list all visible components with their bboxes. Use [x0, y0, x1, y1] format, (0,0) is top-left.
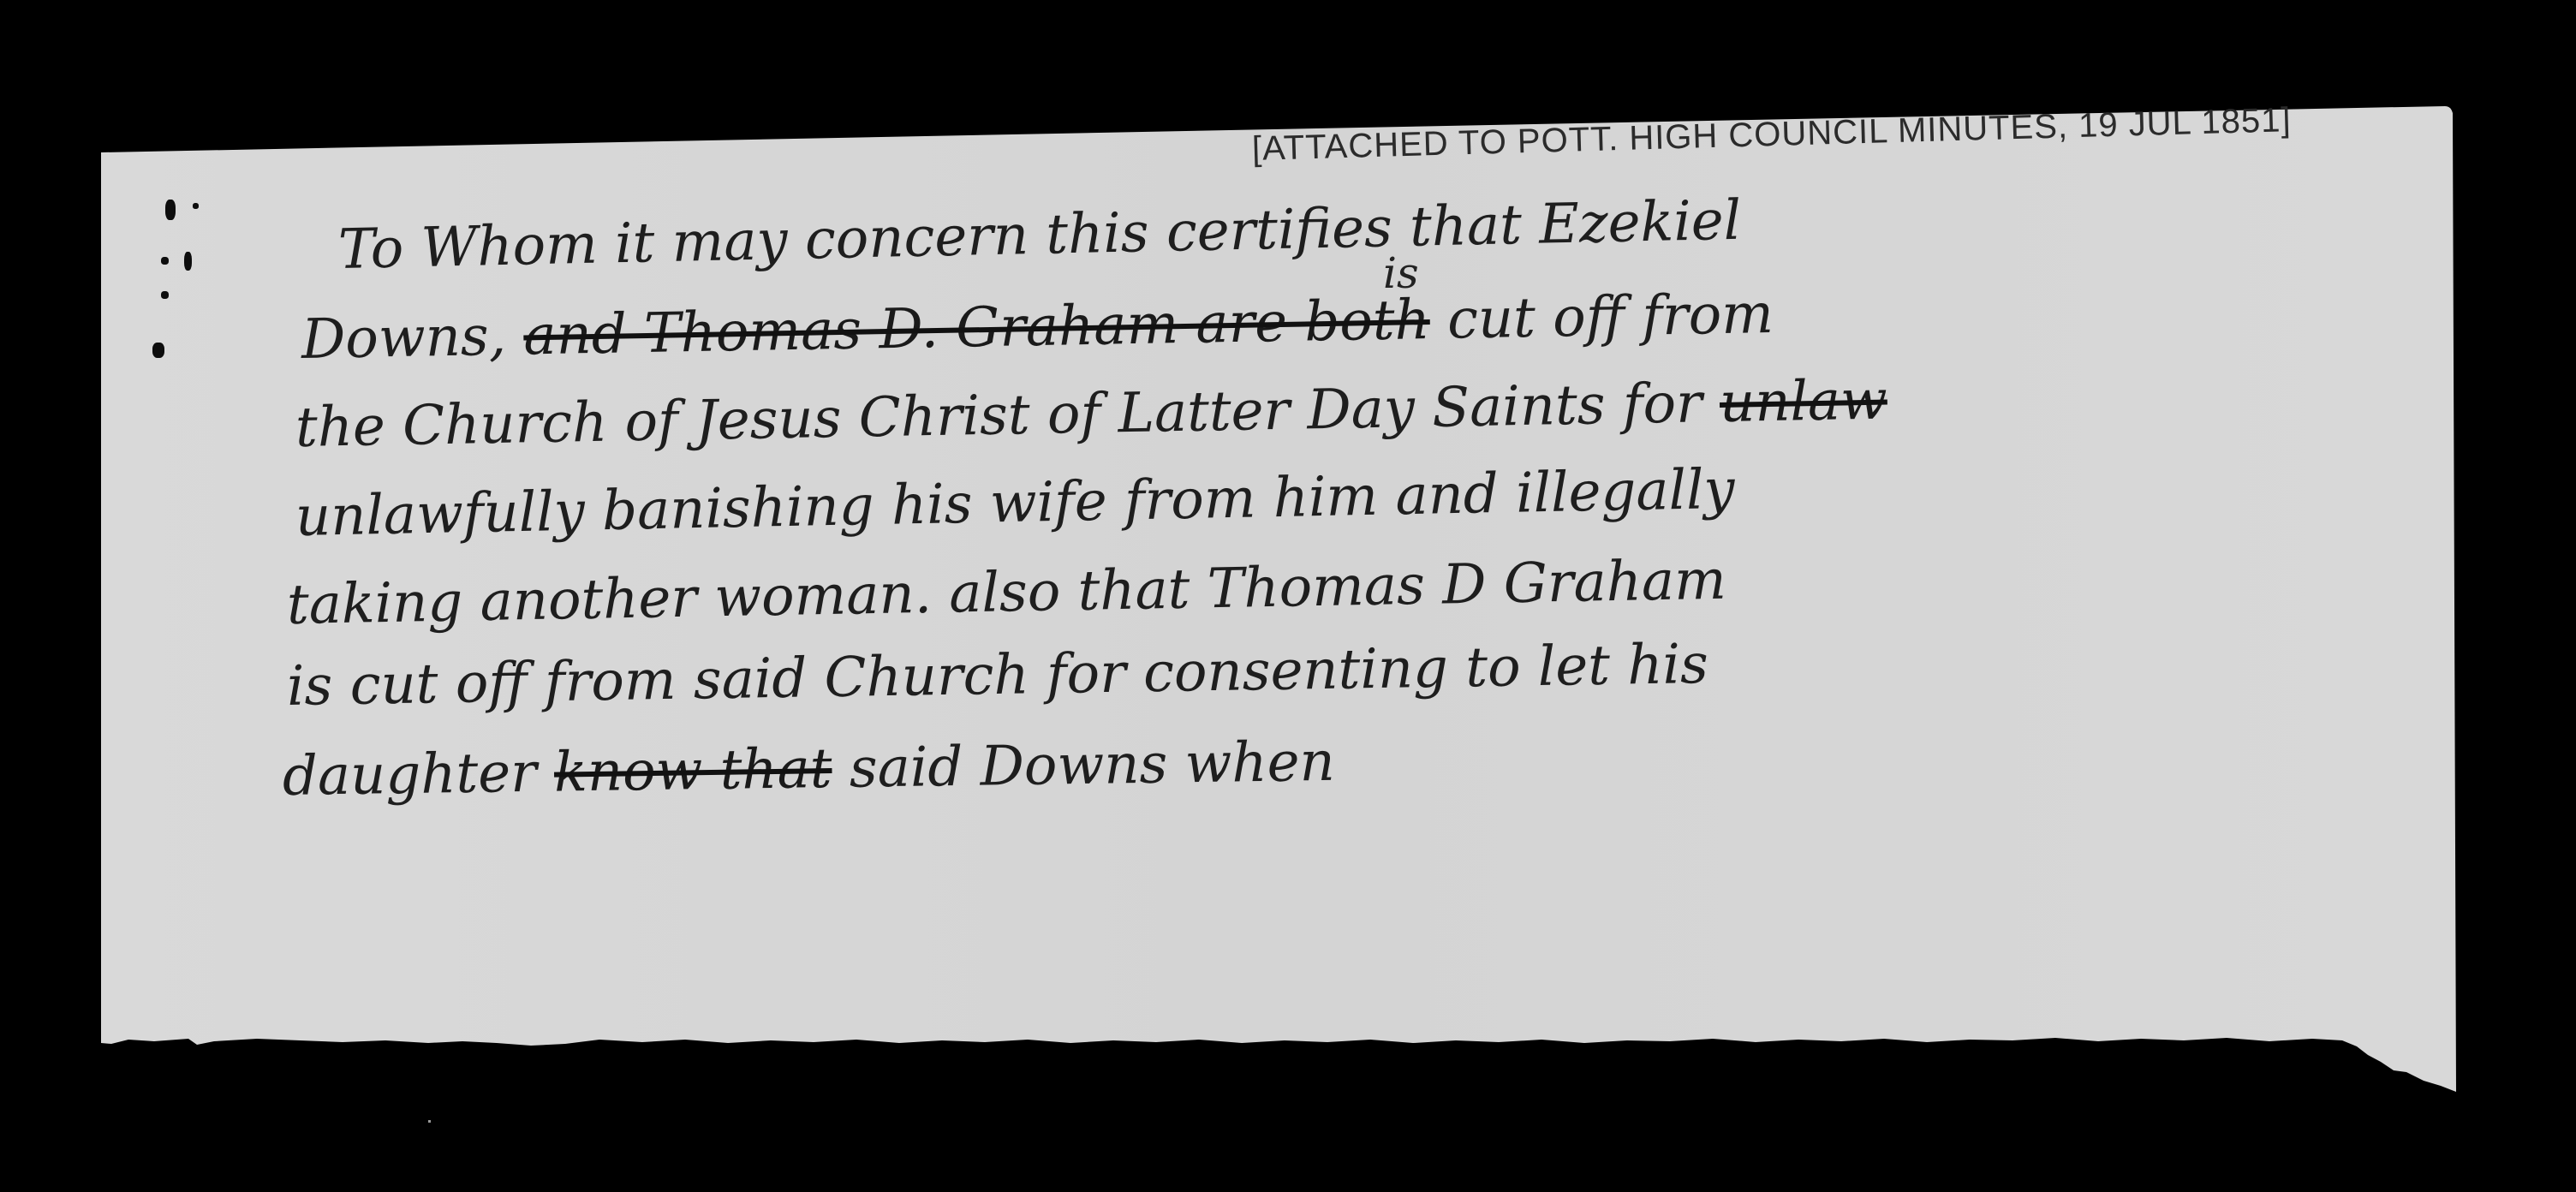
struck-text: know that: [554, 737, 832, 805]
ink-blot: [161, 257, 169, 265]
text-segment: Downs,: [301, 304, 524, 372]
ink-blot: [165, 200, 176, 220]
text-segment: said Downs when: [832, 730, 1335, 801]
text-segment: daughter: [282, 742, 554, 808]
document-viewer: [ATTACHED TO POTT. HIGH COUNCIL MINUTES,…: [0, 0, 2576, 1192]
paper-sheet: [ATTACHED TO POTT. HIGH COUNCIL MINUTES,…: [0, 0, 2576, 1192]
ink-blot: [193, 203, 199, 209]
ink-blot: [152, 343, 164, 358]
ink-blot: [184, 252, 192, 271]
struck-text: unlaw: [1719, 369, 1887, 435]
ink-blot: [161, 291, 169, 299]
dust-speck: [428, 1120, 431, 1123]
text-segment: cut off from: [1429, 283, 1774, 352]
